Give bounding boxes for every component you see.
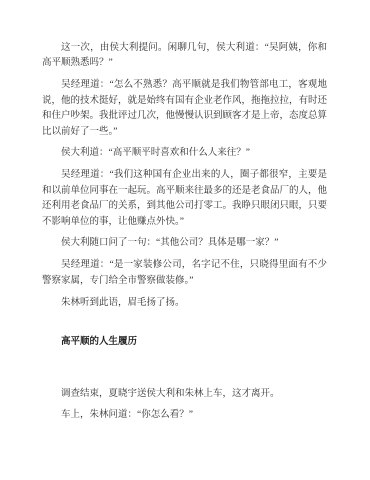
- paragraph: 调查结束，夏晓宇送侯大利和朱林上车，这才离开。: [42, 387, 327, 402]
- paragraph: 侯大利道：“高平顺平时喜欢和什么人来往？”: [42, 146, 327, 161]
- paragraph: 车上，朱林问道：“你怎么看？”: [42, 408, 327, 423]
- paragraph: 朱林听到此语，眉毛扬了扬。: [42, 296, 327, 311]
- paragraph: 侯大利随口问了一句：“其他公司？具体是哪一家？”: [42, 236, 327, 251]
- section-heading: 高平顺的人生履历: [42, 335, 327, 350]
- paragraph: 吴经理道：“我们这种国有企业出来的人，圈子都很窄，主要是和以前单位同事在一起玩。…: [42, 168, 327, 230]
- paragraph: 这一次，由侯大利提问。闲聊几句，侯大利道：“吴阿姨，你和高平顺熟悉吗？”: [42, 41, 327, 72]
- paragraph: 吴经理道：“怎么不熟悉？高平顺就是我们物管部电工，客观地说，他的技术挺好，就是始…: [42, 78, 327, 140]
- ebook-page: 这一次，由侯大利提问。闲聊几句，侯大利道：“吴阿姨，你和高平顺熟悉吗？” 吴经理…: [0, 0, 370, 480]
- paragraph: 吴经理道：“是一家装修公司，名字记不住，只晓得里面有不少警察家属，专门给全市警察…: [42, 258, 327, 289]
